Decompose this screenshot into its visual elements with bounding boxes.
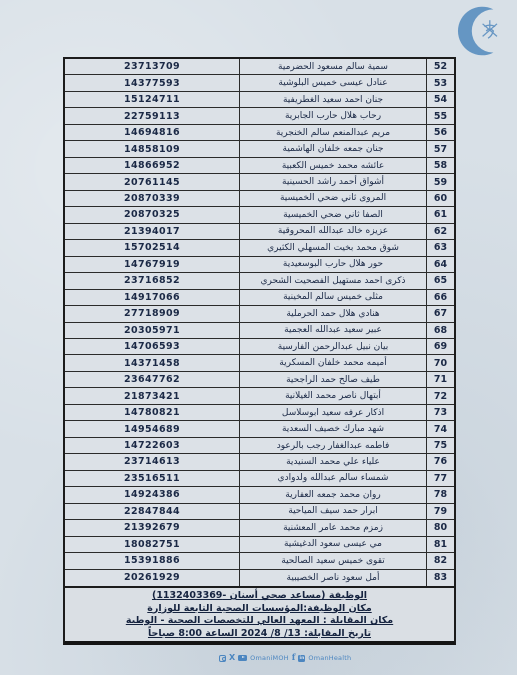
table-row: 21394017عزيزه خالد عبدالله المحروقية62: [65, 224, 454, 240]
candidate-name-cell: أميمه محمد خلفان المسكرية: [239, 355, 427, 370]
candidate-name-cell: اذكار عرفه سعيد ابوسلاسل: [239, 405, 427, 420]
social-handle-secondary[interactable]: OmanHealth: [308, 654, 351, 662]
youtube-icon[interactable]: [238, 655, 247, 662]
table-row: 21873421أبتهال ناصر محمد الغيلانية72: [65, 388, 454, 404]
row-number-cell: 66: [427, 290, 454, 305]
row-number-cell: 79: [427, 504, 454, 519]
row-number-cell: 80: [427, 520, 454, 535]
row-number-cell: 60: [427, 191, 454, 206]
row-number-cell: 77: [427, 471, 454, 486]
candidate-name-cell: أبتهال ناصر محمد الغيلانية: [239, 388, 427, 403]
table-row: 22759113رحاب هلال حارب الجابرية55: [65, 108, 454, 124]
row-number-cell: 57: [427, 141, 454, 156]
table-row: 27718909هنادي هلال حمد الحرملية67: [65, 306, 454, 322]
candidate-name-cell: ذكرى احمد مستهيل الفصحيت الشحري: [239, 273, 427, 288]
row-number-cell: 61: [427, 207, 454, 222]
linkedin-icon[interactable]: in: [298, 655, 305, 662]
ministry-of-health-oman-logo: [452, 2, 506, 60]
candidate-name-cell: شمساء سالم عبدالله ولدوادي: [239, 471, 427, 486]
table-row: 22847844ابرار حمد سيف المياحية79: [65, 504, 454, 520]
civil-id-cell: 15391886: [65, 553, 239, 568]
row-number-cell: 72: [427, 388, 454, 403]
candidate-name-cell: مي عيسى سعود الدغيشية: [239, 537, 427, 552]
table-row: 15391886تقوى خميس سعيد الصالحية82: [65, 553, 454, 569]
table-row: 23516511شمساء سالم عبدالله ولدوادي77: [65, 471, 454, 487]
social-footer: X OmaniMOH f in OmanHealth: [219, 652, 351, 664]
applicants-table: 23713709سمية سالم مسعود الحضرمية52143775…: [63, 57, 456, 588]
row-number-cell: 59: [427, 174, 454, 189]
row-number-cell: 54: [427, 92, 454, 107]
candidate-name-cell: المروى ثاني ضحي الخميسية: [239, 191, 427, 206]
civil-id-cell: 14858109: [65, 141, 239, 156]
instagram-icon[interactable]: [219, 655, 226, 662]
candidate-name-cell: بيان نبيل عبدالرحمن الفارسية: [239, 339, 427, 354]
table-row: 21392679زمزم محمد عامر المعشنية80: [65, 520, 454, 536]
job-info-line: مكان الوظيفة:المؤسسات الصحية التابعة للو…: [65, 603, 454, 616]
civil-id-cell: 21873421: [65, 388, 239, 403]
civil-id-cell: 20261929: [65, 570, 239, 586]
row-number-cell: 74: [427, 421, 454, 436]
civil-id-cell: 23516511: [65, 471, 239, 486]
civil-id-cell: 14866952: [65, 158, 239, 173]
row-number-cell: 78: [427, 487, 454, 502]
candidate-name-cell: زمزم محمد عامر المعشنية: [239, 520, 427, 535]
job-info-line: تاريخ المقابلة: 13/ 8/ 2024 الساعة 8:00 …: [65, 628, 454, 641]
table-row: 18082751مي عيسى سعود الدغيشية81: [65, 537, 454, 553]
candidate-name-cell: ابرار حمد سيف المياحية: [239, 504, 427, 519]
row-number-cell: 63: [427, 240, 454, 255]
civil-id-cell: 14722603: [65, 438, 239, 453]
row-number-cell: 71: [427, 372, 454, 387]
candidate-name-cell: حور هلال حارب البوسعيدية: [239, 257, 427, 272]
candidate-name-cell: عبير سعيد عبدالله العجمية: [239, 323, 427, 338]
table-row: 20870325الصفا ثاني ضحي الخميسية61: [65, 207, 454, 223]
civil-id-cell: 22759113: [65, 108, 239, 123]
candidate-name-cell: سمية سالم مسعود الحضرمية: [239, 59, 427, 74]
table-row: 14866952عائشه محمد خميس الكعبية58: [65, 158, 454, 174]
table-row: 14377593عنادل عيسى خميس البلوشية53: [65, 75, 454, 91]
row-number-cell: 65: [427, 273, 454, 288]
x-twitter-icon[interactable]: X: [229, 654, 235, 662]
civil-id-cell: 15124711: [65, 92, 239, 107]
civil-id-cell: 14780821: [65, 405, 239, 420]
candidate-name-cell: عنادل عيسى خميس البلوشية: [239, 75, 427, 90]
job-info-line: مكان المقابلة : المعهد العالي للتخصصات ا…: [65, 615, 454, 628]
table-row: 20305971عبير سعيد عبدالله العجمية68: [65, 323, 454, 339]
table-row: 23647762طيف صالح حمد الراجحية71: [65, 372, 454, 388]
table-row: 14371458أميمه محمد خلفان المسكرية70: [65, 355, 454, 371]
candidate-name-cell: مريم عبدالمنعم سالم الخنجرية: [239, 125, 427, 140]
row-number-cell: 55: [427, 108, 454, 123]
table-row: 23716852ذكرى احمد مستهيل الفصحيت الشحري6…: [65, 273, 454, 289]
civil-id-cell: 22847844: [65, 504, 239, 519]
civil-id-cell: 14377593: [65, 75, 239, 90]
candidate-name-cell: مثلى خميس سالم المخينية: [239, 290, 427, 305]
table-row: 15124711جنان احمد سعيد الغطريفية54: [65, 92, 454, 108]
row-number-cell: 62: [427, 224, 454, 239]
candidate-name-cell: تقوى خميس سعيد الصالحية: [239, 553, 427, 568]
table-row: 14954689شهد مبارك خصيف السعدية74: [65, 421, 454, 437]
candidate-name-cell: عائشه محمد خميس الكعبية: [239, 158, 427, 173]
civil-id-cell: 23713709: [65, 59, 239, 74]
civil-id-cell: 20761145: [65, 174, 239, 189]
candidate-name-cell: رحاب هلال حارب الجابرية: [239, 108, 427, 123]
civil-id-cell: 27718909: [65, 306, 239, 321]
civil-id-cell: 20870325: [65, 207, 239, 222]
table-row: 23713709سمية سالم مسعود الحضرمية52: [65, 59, 454, 75]
row-number-cell: 52: [427, 59, 454, 74]
civil-id-cell: 20870339: [65, 191, 239, 206]
civil-id-cell: 18082751: [65, 537, 239, 552]
row-number-cell: 73: [427, 405, 454, 420]
candidate-name-cell: طيف صالح حمد الراجحية: [239, 372, 427, 387]
row-number-cell: 68: [427, 323, 454, 338]
row-number-cell: 83: [427, 570, 454, 586]
candidate-name-cell: أمل سعود ناصر الخصيبية: [239, 570, 427, 586]
row-number-cell: 67: [427, 306, 454, 321]
civil-id-cell: 14706593: [65, 339, 239, 354]
civil-id-cell: 14917066: [65, 290, 239, 305]
row-number-cell: 58: [427, 158, 454, 173]
row-number-cell: 82: [427, 553, 454, 568]
civil-id-cell: 14924386: [65, 487, 239, 502]
row-number-cell: 56: [427, 125, 454, 140]
candidate-name-cell: الصفا ثاني ضحي الخميسية: [239, 207, 427, 222]
candidate-name-cell: عزيزه خالد عبدالله المحروقية: [239, 224, 427, 239]
table-row: 15702514شوق محمد بخيت المسهلي الكثيري63: [65, 240, 454, 256]
civil-id-cell: 21394017: [65, 224, 239, 239]
table-row: 14722603فاطمه عبدالغفار رجب بالرعود75: [65, 438, 454, 454]
candidate-name-cell: شوق محمد بخيت المسهلي الكثيري: [239, 240, 427, 255]
candidate-name-cell: أشواق أحمد راشد الحسينية: [239, 174, 427, 189]
table-row: 23714613علياء علي محمد السنيدية76: [65, 454, 454, 470]
civil-id-cell: 23647762: [65, 372, 239, 387]
civil-id-cell: 14767919: [65, 257, 239, 272]
social-handle-primary[interactable]: OmaniMOH: [250, 654, 289, 662]
row-number-cell: 81: [427, 537, 454, 552]
civil-id-cell: 14694816: [65, 125, 239, 140]
candidate-name-cell: شهد مبارك خصيف السعدية: [239, 421, 427, 436]
table-row: 14858109جنان جمعه خلفان الهاشمية57: [65, 141, 454, 157]
candidate-name-cell: فاطمه عبدالغفار رجب بالرعود: [239, 438, 427, 453]
candidate-name-cell: علياء علي محمد السنيدية: [239, 454, 427, 469]
table-row: 14924386روان محمد جمعه العفارية78: [65, 487, 454, 503]
table-row: 20761145أشواق أحمد راشد الحسينية59: [65, 174, 454, 190]
civil-id-cell: 21392679: [65, 520, 239, 535]
table-row: 20870339المروى ثاني ضحي الخميسية60: [65, 191, 454, 207]
document-page: { "logo": { "name": "ministry-of-health-…: [0, 0, 517, 675]
table-row: 14780821اذكار عرفه سعيد ابوسلاسل73: [65, 405, 454, 421]
row-number-cell: 64: [427, 257, 454, 272]
candidate-name-cell: هنادي هلال حمد الحرملية: [239, 306, 427, 321]
job-info: الوظيفة (مساعد صحي أسنان -1132403369)مكا…: [63, 588, 456, 645]
job-info-line: الوظيفة (مساعد صحي أسنان -1132403369): [65, 590, 454, 603]
facebook-icon[interactable]: f: [292, 654, 296, 663]
candidate-name-cell: جنان احمد سعيد الغطريفية: [239, 92, 427, 107]
candidate-name-cell: روان محمد جمعه العفارية: [239, 487, 427, 502]
civil-id-cell: 23714613: [65, 454, 239, 469]
civil-id-cell: 14371458: [65, 355, 239, 370]
table-row: 14767919حور هلال حارب البوسعيدية64: [65, 257, 454, 273]
civil-id-cell: 23716852: [65, 273, 239, 288]
civil-id-cell: 20305971: [65, 323, 239, 338]
row-number-cell: 69: [427, 339, 454, 354]
table-row: 20261929أمل سعود ناصر الخصيبية83: [65, 570, 454, 586]
table-row: 14694816مريم عبدالمنعم سالم الخنجرية56: [65, 125, 454, 141]
candidate-name-cell: جنان جمعه خلفان الهاشمية: [239, 141, 427, 156]
table-row: 14917066مثلى خميس سالم المخينية66: [65, 290, 454, 306]
row-number-cell: 75: [427, 438, 454, 453]
row-number-cell: 76: [427, 454, 454, 469]
row-number-cell: 70: [427, 355, 454, 370]
civil-id-cell: 14954689: [65, 421, 239, 436]
civil-id-cell: 15702514: [65, 240, 239, 255]
crescent-emblem-icon: [452, 2, 506, 60]
row-number-cell: 53: [427, 75, 454, 90]
table-row: 14706593بيان نبيل عبدالرحمن الفارسية69: [65, 339, 454, 355]
